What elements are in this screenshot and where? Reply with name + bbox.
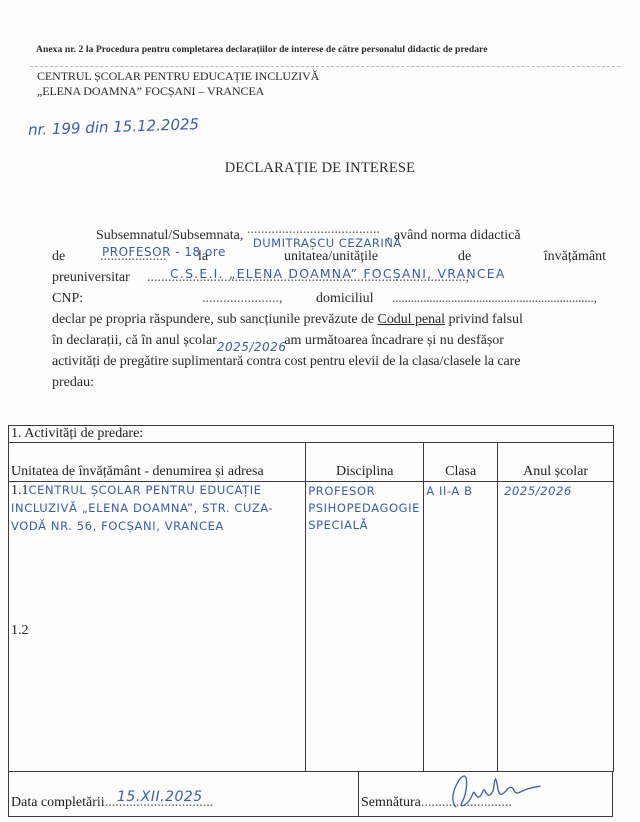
table-row: 1.1CENTRUL ȘCOLAR PENTRU EDUCAȚIE INCLUZ… — [9, 482, 614, 772]
annex-caption: Anexa nr. 2 la Procedura pentru completa… — [36, 44, 488, 55]
activities-section-title: 1. Activități de predare: — [9, 426, 614, 443]
unit-label: unitatea/unitățile — [284, 249, 378, 265]
column-header-discipline: Disciplina — [306, 443, 424, 482]
institution-name-line1: CENTRUL ȘCOLAR PENTRU EDUCAȚIE INCLUZIVĂ — [37, 69, 319, 84]
cnp-field[interactable]: ......................, — [202, 291, 283, 307]
discipline-handwritten: PROFESOR PSIHOPEDAGOGIE SPECIALĂ — [308, 482, 421, 534]
unit-handwritten: C.S.E.I. „ELENA DOAMNA” FOCȘANI, VRANCEA — [170, 266, 506, 281]
domicile-field[interactable]: ........................................… — [392, 291, 597, 307]
date-label: Data completării — [11, 795, 105, 810]
declaration-text-b: privind falsul — [448, 312, 522, 327]
norm-label: , având norma didactică — [387, 228, 521, 243]
institution-name-line2: „ELENA DOAMNA” FOCȘANI – VRANCEA — [37, 84, 264, 99]
signature-handwritten — [443, 764, 547, 821]
declaration-line-2: în declarații, că în anul școlar 2025/20… — [52, 333, 608, 349]
signature-label: Semnătura — [361, 795, 421, 810]
date-handwritten: 15.XII.2025 — [117, 789, 203, 805]
declaration-line-3: activități de pregătire suplimentară con… — [52, 354, 608, 370]
declaration-line-1: declar pe propria răspundere, sub sancți… — [52, 312, 608, 328]
cnp-label: CNP: — [52, 291, 83, 307]
activities-table: 1. Activități de predare: Unitatea de în… — [8, 425, 614, 772]
declarant-name-handwritten: DUMITRAȘCU CEZARINA — [253, 236, 402, 250]
declarant-line: Subsemnatul/Subsemnata, ................… — [96, 228, 608, 244]
declaration-line-4: predau: — [52, 375, 608, 391]
footer-divider — [358, 771, 359, 816]
penal-code-link[interactable]: Codul penal — [378, 312, 446, 327]
domicile-label: domiciliul — [316, 291, 374, 307]
column-header-school-year: Anul școlar — [498, 443, 614, 482]
class-handwritten: A II-A B — [426, 482, 495, 500]
declarant-label: Subsemnatul/Subsemnata, — [96, 228, 243, 243]
school-year-label: în declarații, că în anul școlar — [52, 333, 217, 348]
date-field[interactable]: Data completării........................… — [11, 795, 213, 811]
school-year-handwritten: 2025/2026 — [217, 340, 287, 354]
school-year-cell[interactable]: 2025/2026 — [498, 482, 614, 772]
preuniversitar-label: preuniversitar — [52, 270, 130, 286]
declaration-text-c: am următoarea încadrare și nu desfășor — [284, 333, 504, 348]
norm-de-label: de — [52, 249, 65, 265]
row-index: 1.1 — [11, 483, 29, 498]
column-header-unit: Unitatea de învățământ - denumirea și ad… — [9, 443, 306, 482]
unit-handwritten: CENTRUL ȘCOLAR PENTRU EDUCAȚIE INCLUZIVĂ… — [11, 483, 273, 533]
unit-cell[interactable]: 1.1CENTRUL ȘCOLAR PENTRU EDUCAȚIE INCLUZ… — [9, 482, 306, 772]
document-title: DECLARAȚIE DE INTERESE — [0, 160, 640, 177]
discipline-cell[interactable]: PROFESOR PSIHOPEDAGOGIE SPECIALĂ — [306, 482, 424, 772]
la-label: la — [198, 249, 208, 265]
signature-mark-icon — [443, 764, 547, 814]
row-index: 1.2 — [11, 623, 29, 638]
unit-inv-label: învățământ — [544, 249, 606, 265]
registration-number-handwritten: nr. 199 din 15.12.2025 — [28, 115, 200, 139]
declaration-text-a: declar pe propria răspundere, sub sancți… — [52, 312, 374, 327]
class-cell[interactable]: A II-A B — [424, 482, 498, 772]
school-year-handwritten: 2025/2026 — [500, 482, 611, 500]
column-header-class: Clasa — [424, 443, 498, 482]
unit-de-label: de — [458, 249, 471, 265]
table-footer-row: Data completării........................… — [8, 771, 613, 817]
header-divider — [30, 66, 620, 67]
